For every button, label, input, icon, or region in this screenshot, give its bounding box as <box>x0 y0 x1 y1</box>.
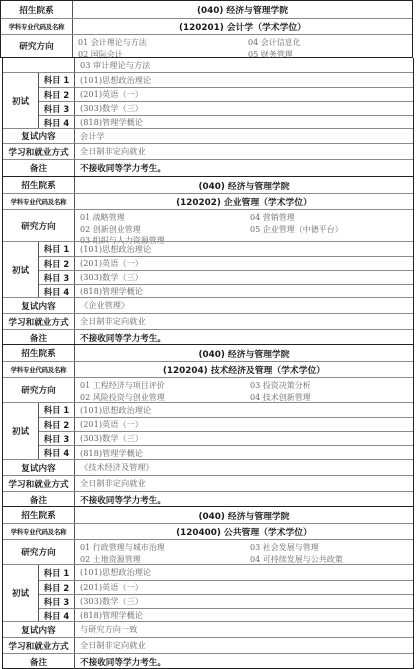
subject-row: 科目 4 (818)管理学概论 <box>39 445 413 460</box>
program-table-business-management: 招生院系 (040) 经济与管理学院 学科专业代码及名称 (120202) 企业… <box>2 176 414 345</box>
direction-item: 01 会计理论与方法 <box>78 37 147 49</box>
subject-value: (201)英语（一） <box>75 257 413 270</box>
direction-item: 01 战略管理 <box>80 212 165 224</box>
subject-label: 科目 1 <box>39 403 75 417</box>
study-mode-row: 学习和就业方式 全日制非定向就业 <box>3 475 413 491</box>
retest-label: 复试内容 <box>3 298 75 313</box>
subject-label: 科目 2 <box>39 581 75 594</box>
department-value: (040) 经济与管理学院 <box>75 177 413 193</box>
subject-label: 科目 3 <box>39 432 75 445</box>
retest-row: 复试内容 《技术经济及管理》 <box>3 459 413 475</box>
subject-value: (303)数学（三） <box>75 102 413 115</box>
subject-value: (101)思想政治理论 <box>75 403 413 417</box>
subject-label: 科目 2 <box>39 88 75 101</box>
major-value: (120400) 公共管理（学术学位） <box>75 524 413 539</box>
research-directions: 01 战略管理 02 创新创业管理 03 组织与人力资源管理 04 营销管理 0… <box>75 210 413 241</box>
retest-value: 《技术经济及管理》 <box>75 460 413 475</box>
subject-value: (201)英语（一） <box>75 418 413 431</box>
note-label: 备注 <box>3 330 75 345</box>
subject-value: (101)思想政治理论 <box>75 73 413 87</box>
retest-row: 复试内容 与研究方向一致 <box>3 621 413 637</box>
subject-label: 科目 3 <box>39 102 75 115</box>
major-row: 学科专业代码及名称 (120201) 会计学（学术学位） <box>1 18 412 34</box>
subject-row: 科目 4 (818)管理学概论 <box>39 115 413 129</box>
department-row: 招生院系 (040) 经济与管理学院 <box>3 345 413 361</box>
subject-row: 科目 4 (818)管理学概论 <box>39 608 413 622</box>
subject-row: 科目 1 (101)思想政治理论 <box>39 565 413 580</box>
note-label: 备注 <box>3 492 75 507</box>
direction-item: 04 营销管理 <box>250 212 343 224</box>
study-mode-row: 学习和就业方式 全日制非定向就业 <box>3 143 413 159</box>
subject-label: 科目 2 <box>39 418 75 431</box>
subject-value: (303)数学（三） <box>75 271 413 284</box>
subject-value: (201)英语（一） <box>75 88 413 101</box>
subject-value: (201)英语（一） <box>75 581 413 594</box>
direction-item: 05 企业管理（中德平台） <box>250 224 343 236</box>
retest-value: 会计学 <box>75 129 413 143</box>
program-table-technical-economics: 招生院系 (040) 经济与管理学院 学科专业代码及名称 (120204) 技术… <box>2 344 414 507</box>
direction-item: 02 创新创业管理 <box>80 224 165 236</box>
retest-row: 复试内容 《企业管理》 <box>3 297 413 313</box>
subject-row: 科目 1 (101)思想政治理论 <box>39 403 413 417</box>
note-label: 备注 <box>3 160 75 176</box>
research-directions: 01 行政管理与城市治理 02 土地资源管理 03 社会发展与管理 04 可持续… <box>75 540 413 564</box>
study-mode-row: 学习和就业方式 全日制非定向就业 <box>3 313 413 329</box>
subject-label: 科目 1 <box>39 565 75 580</box>
subject-label: 科目 3 <box>39 271 75 284</box>
major-label: 学科专业代码及名称 <box>1 19 73 34</box>
direction-item: 01 行政管理与城市治理 <box>80 542 165 554</box>
exam-block: 初试 科目 1 (101)思想政治理论 科目 2 (201)英语（一） 科目 3… <box>3 241 413 297</box>
retest-row: 复试内容 会计学 <box>3 128 413 143</box>
department-row: 招生院系 (040) 经济与管理学院 <box>3 177 413 193</box>
study-mode-value: 全日制非定向就业 <box>75 144 413 159</box>
major-row: 学科专业代码及名称 (120400) 公共管理（学术学位） <box>3 523 413 539</box>
subject-row: 科目 1 (101)思想政治理论 <box>39 242 413 256</box>
subject-row: 科目 2 (201)英语（一） <box>39 417 413 431</box>
subject-value: (303)数学（三） <box>75 432 413 445</box>
department-value: (040) 经济与管理学院 <box>73 1 412 18</box>
note-row: 备注 不接收同等学力考生。 <box>3 329 413 345</box>
department-label: 招生院系 <box>1 1 73 18</box>
department-label: 招生院系 <box>3 177 75 193</box>
department-value: (040) 经济与管理学院 <box>75 345 413 361</box>
major-value: (120202) 企业管理（学术学位） <box>75 194 413 209</box>
subject-row: 科目 3 (303)数学（三） <box>39 431 413 445</box>
retest-label: 复试内容 <box>3 460 75 475</box>
retest-value: 《企业管理》 <box>75 298 413 313</box>
major-value: (120201) 会计学（学术学位） <box>73 19 412 34</box>
subject-label: 科目 4 <box>39 446 75 460</box>
exam-block: 初试 科目 1 (101)思想政治理论 科目 2 (201)英语（一） 科目 3… <box>3 564 413 621</box>
department-value: (040) 经济与管理学院 <box>75 507 413 523</box>
department-label: 招生院系 <box>3 507 75 523</box>
subject-label: 科目 1 <box>39 242 75 256</box>
study-mode-label: 学习和就业方式 <box>3 144 75 159</box>
major-label: 学科专业代码及名称 <box>3 524 75 539</box>
retest-label: 复试内容 <box>3 129 75 143</box>
note-value: 不接收同等学力考生。 <box>75 654 413 669</box>
exam-label: 初试 <box>3 403 39 459</box>
subject-row: 科目 3 (303)数学（三） <box>39 270 413 284</box>
program-table-accounting-top: 招生院系 (040) 经济与管理学院 学科专业代码及名称 (120201) 会计… <box>0 0 413 58</box>
study-mode-value: 全日制非定向就业 <box>75 314 413 329</box>
research-label: 研究方向 <box>3 210 75 241</box>
note-value: 不接收同等学力考生。 <box>75 492 413 507</box>
major-label: 学科专业代码及名称 <box>3 362 75 377</box>
subject-value: (101)思想政治理论 <box>75 565 413 580</box>
major-row: 学科专业代码及名称 (120202) 企业管理（学术学位） <box>3 193 413 209</box>
study-mode-value: 全日制非定向就业 <box>75 638 413 653</box>
major-label: 学科专业代码及名称 <box>3 194 75 209</box>
subject-row: 科目 4 (818)管理学概论 <box>39 284 413 298</box>
retest-value: 与研究方向一致 <box>75 622 413 637</box>
direction-item: 03 投资决策分析 <box>250 380 311 392</box>
research-label: 研究方向 <box>3 540 75 564</box>
note-label: 备注 <box>3 654 75 669</box>
research-directions: 01 工程经济与项目评价 02 风险投资与创业管理 03 投资决策分析 04 技… <box>75 378 413 402</box>
study-mode-label: 学习和就业方式 <box>3 638 75 653</box>
subject-value: (303)数学（三） <box>75 595 413 608</box>
research-label-empty <box>3 58 75 72</box>
study-mode-value: 全日制非定向就业 <box>75 476 413 491</box>
subject-label: 科目 2 <box>39 257 75 270</box>
research-row: 研究方向 01 战略管理 02 创新创业管理 03 组织与人力资源管理 04 营… <box>3 209 413 241</box>
research-overflow-row: 03 审计理论与方法 <box>3 58 413 72</box>
exam-label: 初试 <box>3 73 39 128</box>
exam-block: 初试 科目 1 (101)思想政治理论 科目 2 (201)英语（一） 科目 3… <box>3 402 413 459</box>
department-label: 招生院系 <box>3 345 75 361</box>
exam-block: 初试 科目 1 (101)思想政治理论 科目 2 (201)英语（一） 科目 3… <box>3 72 413 128</box>
subject-row: 科目 2 (201)英语（一） <box>39 256 413 270</box>
direction-item: 04 会计信息化 <box>248 37 301 49</box>
research-label: 研究方向 <box>1 35 73 57</box>
program-table-public-administration: 招生院系 (040) 经济与管理学院 学科专业代码及名称 (120400) 公共… <box>2 506 414 669</box>
subject-row: 科目 1 (101)思想政治理论 <box>39 73 413 87</box>
program-table-accounting-bottom: 03 审计理论与方法 初试 科目 1 (101)思想政治理论 科目 2 (201… <box>2 58 414 177</box>
department-row: 招生院系 (040) 经济与管理学院 <box>1 1 412 18</box>
subject-row: 科目 2 (201)英语（一） <box>39 87 413 101</box>
exam-label: 初试 <box>3 565 39 621</box>
study-mode-row: 学习和就业方式 全日制非定向就业 <box>3 637 413 653</box>
direction-item: 01 工程经济与项目评价 <box>80 380 165 392</box>
subject-value: (101)思想政治理论 <box>75 242 413 256</box>
subject-label: 科目 1 <box>39 73 75 87</box>
note-row: 备注 不接收同等学力考生。 <box>3 653 413 669</box>
note-row: 备注 不接收同等学力考生。 <box>3 491 413 507</box>
research-row: 研究方向 01 会计理论与方法 02 国际会计 04 会计信息化 05 财务管理 <box>1 34 412 57</box>
research-row: 研究方向 01 行政管理与城市治理 02 土地资源管理 03 社会发展与管理 0… <box>3 539 413 564</box>
note-value: 不接收同等学力考生。 <box>75 330 413 345</box>
direction-item: 03 审计理论与方法 <box>75 58 413 72</box>
subject-row: 科目 2 (201)英语（一） <box>39 580 413 594</box>
subject-value: (818)管理学概论 <box>75 446 413 460</box>
subject-row: 科目 3 (303)数学（三） <box>39 101 413 115</box>
retest-label: 复试内容 <box>3 622 75 637</box>
major-value: (120204) 技术经济及管理（学术学位） <box>75 362 413 377</box>
department-row: 招生院系 (040) 经济与管理学院 <box>3 507 413 523</box>
direction-item: 03 社会发展与管理 <box>250 542 343 554</box>
subject-row: 科目 3 (303)数学（三） <box>39 594 413 608</box>
major-row: 学科专业代码及名称 (120204) 技术经济及管理（学术学位） <box>3 361 413 377</box>
subject-label: 科目 3 <box>39 595 75 608</box>
research-row: 研究方向 01 工程经济与项目评价 02 风险投资与创业管理 03 投资决策分析… <box>3 377 413 402</box>
research-label: 研究方向 <box>3 378 75 402</box>
note-row: 备注 不接收同等学力考生。 <box>3 159 413 176</box>
study-mode-label: 学习和就业方式 <box>3 476 75 491</box>
exam-label: 初试 <box>3 242 39 297</box>
note-value: 不接收同等学力考生。 <box>75 160 413 176</box>
study-mode-label: 学习和就业方式 <box>3 314 75 329</box>
research-directions: 01 会计理论与方法 02 国际会计 04 会计信息化 05 财务管理 <box>73 35 412 57</box>
